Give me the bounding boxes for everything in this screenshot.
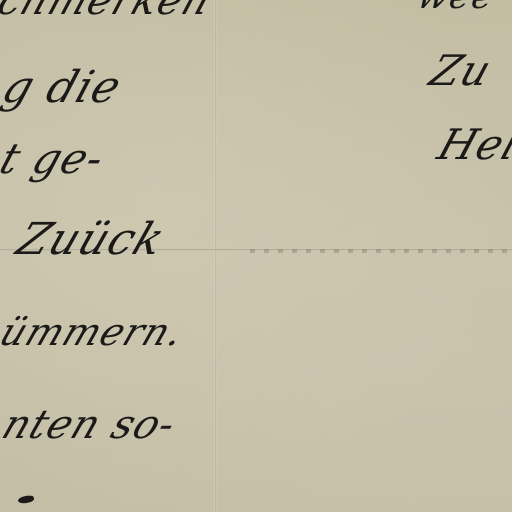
handwritten-line: wee xyxy=(412,0,502,17)
handwritten-line: g die xyxy=(0,62,128,113)
handwritten-line: ümmern. xyxy=(0,310,191,354)
letter-page: chmerken g die t ge- Zuück ümmern. nten … xyxy=(0,0,512,512)
handwritten-line: t ge- xyxy=(0,134,111,183)
vertical-fold-crease xyxy=(214,0,217,512)
handwritten-line: Zu xyxy=(424,46,498,95)
crease-wear-marks xyxy=(250,249,512,253)
handwritten-line: Zuück xyxy=(10,214,172,265)
handwritten-line: chmerken xyxy=(0,0,218,24)
handwritten-line: Hel xyxy=(432,120,512,169)
ink-mark xyxy=(17,494,34,504)
handwritten-line: nten so- xyxy=(0,402,183,448)
